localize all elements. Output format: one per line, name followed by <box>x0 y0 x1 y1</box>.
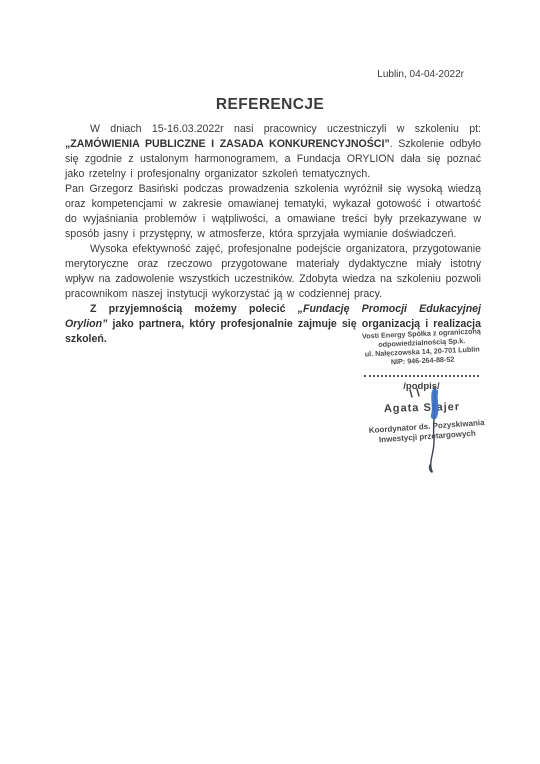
document-body: W dniach 15-16.03.2022r nasi pracownicy … <box>65 122 481 347</box>
signature-tick-1 <box>410 390 412 397</box>
signature-dotted-line <box>364 375 479 377</box>
paragraph-1-bold-title: „ZAMÓWIENIA PUBLICZNE I ZASADA KONKURENC… <box>65 138 390 150</box>
signature-tick-2 <box>417 389 419 396</box>
signature-pen-stroke-blue <box>434 392 435 416</box>
paragraph-3: Wysoka efektywność zajęć, profesjonalne … <box>65 242 481 302</box>
paragraph-2: Pan Grzegorz Basiński podczas prowadzeni… <box>65 182 481 242</box>
document-page: Lublin, 04-04-2022r REFERENCJE W dniach … <box>0 0 540 764</box>
paragraph-1: W dniach 15-16.03.2022r nasi pracownicy … <box>65 122 481 182</box>
paragraph-4-text: Z przyjemnością możemy polecić <box>90 303 298 315</box>
paragraph-1-text: W dniach 15-16.03.2022r nasi pracownicy … <box>90 123 481 135</box>
date-line: Lublin, 04-04-2022r <box>0 69 464 80</box>
company-stamp: Vosti Energy Spółka z ograniczoną odpowi… <box>351 326 492 368</box>
handwritten-signature-ink <box>400 382 460 477</box>
document-title: REFERENCJE <box>0 96 540 114</box>
